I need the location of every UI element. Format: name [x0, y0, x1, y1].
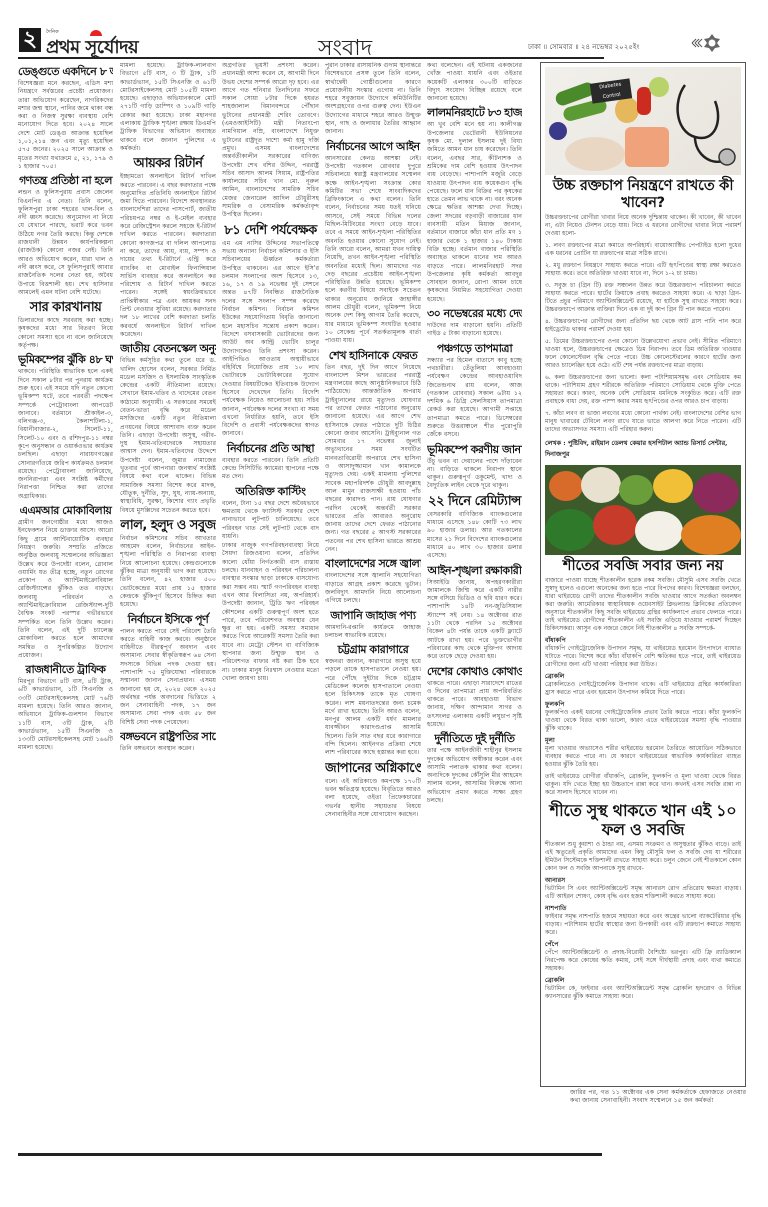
tip-item: ৭. কাঁচা লবণ বা ভাজা লবণের মধ্যে কোনো পা…: [545, 410, 741, 434]
headline: দুর্নীতিতে দুই দুর্নীতি: [427, 732, 522, 745]
headline: নির্বাচনে ইসিকে পূর্ণ: [120, 613, 216, 626]
section-text: ফুলকপিও একই ধরনের গোইট্রোজেনিক প্রভাব তৈ…: [545, 709, 741, 733]
headline: আইন-শৃঙ্খলা রক্ষাকারী: [427, 564, 522, 577]
headline: জাপানের অগ্নিকাণ্ডে: [325, 761, 421, 776]
headline: সার কারখানায়: [18, 300, 113, 315]
bottom-rule: [18, 1153, 602, 1156]
article-intro: শীতকাল শুধু কুয়াশা ও ঠান্ডা নয়, এসময় …: [545, 841, 741, 873]
article-text: থাকবে। পরিস্থিতি স্বাভাবিক হলে একই দিনে …: [18, 368, 113, 501]
tip-item: ৫. ডিমের উচ্চরক্তচাপের ওপর কোনো উল্লেখযো…: [545, 338, 741, 370]
article-text: তিন বছর, দুই দিন আগে নিয়েছে বাংলাদেশ মি…: [325, 364, 421, 555]
headline: নির্বাচনের প্রতি আস্থা: [222, 442, 319, 455]
article-text: গ্রামীণ জনগোষ্ঠীর মধ্যে আজও ইনফেকশন নিয়…: [18, 519, 113, 660]
headline: পঞ্চগড়ে তাপমাত্রা: [427, 342, 522, 355]
headline: জাতীয় বেতনস্কেল অনুযায়ী: [120, 342, 216, 355]
section-text: বাঁধাকপি গোইট্রোজেনিক উপাদান সমৃদ্ধ, যা …: [545, 645, 741, 669]
page-number: ২: [19, 28, 41, 52]
article-text: পুরান ঢাকার রাসায়নিক গুদাম স্থানান্তরে …: [325, 62, 421, 137]
headline: ৩০ নভেম্বরের মধ্যে দেড়: [427, 307, 522, 320]
sun-logo-icon: [90, 30, 102, 36]
article-body-bp: উচ্চরক্তচাপের রোগীরা খাবার নিয়ে অনেক দু…: [545, 214, 741, 434]
section-text: ফাইবার সমৃদ্ধ নাশপাতি হজমে সহায়তা করে এ…: [545, 913, 741, 937]
article-body-winter-veg: বাজারে পাওয়া যাচ্ছে শীতকালীন হরেক রকম স…: [545, 577, 741, 797]
column-2: মামলা হয়েছে। ট্রাফিক-লালবাগ বিভাগে ৫টি …: [120, 62, 216, 1152]
closing-text: তাই থাইরয়েড রোগীরা বাঁধাকপি, ব্রোকলি, ফ…: [545, 773, 741, 797]
subhead: আনারস: [545, 877, 741, 885]
article-text: এম এম নাসির উদ্দিনের সভাপতিত্বে সভায় অন…: [222, 240, 319, 439]
tip-item: ২. মধু রক্তচাপ নিয়ন্ত্রণে সাহায্য করতে …: [545, 262, 741, 278]
dateline: ঢাকা ॥ সোমবার ॥ ২৪ নভেম্বর ২০২৫ইং: [528, 41, 639, 53]
subhead: পেঁপে: [545, 941, 741, 949]
headline: ভূমিকম্পের ঝুঁকি ৪৮ ঘণ্টার: [18, 353, 113, 366]
headline: ডেঙ্গুতে একদিনে ৮ জনের: [18, 65, 113, 78]
byline: লেখক : পুষ্টিবিদ, রাইয়ান ডেলথ কেয়ার হস…: [545, 438, 741, 460]
section-text: পেঁপে অ্যান্টিঅক্সিডেন্ট ও প্রদাহ-বিরোধী…: [545, 949, 741, 973]
article-text: নির্বাচন কমিশনের সচিব আখতার আহমেদ বলেন, …: [120, 535, 216, 610]
headline: লালমনিরহাটে ৮৩ হাজার: [427, 106, 522, 119]
headline: বাংলাদেশের সঙ্গে জ্বালানি: [325, 557, 421, 570]
article-headline-bp: উচ্চ রক্তচাপ নিয়ন্ত্রণে রাখতে কী খাবেন?: [545, 178, 741, 212]
article-text: বলেন, টানা ১৫ বছর দেশে অবৈধভাবে ক্ষমতায়…: [222, 500, 319, 541]
headline: এএমআর মোকাবিলায়: [18, 504, 113, 517]
article-text: পালন করতে পারে সেই পরিবেশ তৈরি করতে বাহি…: [120, 628, 216, 728]
headline: নির্বাচনের আগে আইন: [325, 140, 421, 153]
article-text: তিনি বঙ্গভবনে অবস্থান করেন।: [120, 745, 216, 753]
article-text: বলে। এই অগ্নিকাণ্ডে কমপক্ষে ১৭০টি ভবন ক্…: [325, 778, 421, 819]
subhead: মূলা: [545, 737, 741, 745]
article-text: ইচ্ছামতো অনলাইনে রিটার্ন দাখিল করতে পারব…: [120, 173, 216, 339]
article-text: আমদানি-রপ্তানি কার্যক্রমে জাহাজ চলাচল স্…: [325, 624, 421, 641]
headline: রাজধানীতে ট্রাফিক: [18, 663, 113, 676]
article-headline-fruits: শীতে সুস্থ থাকতে খান এই ১০ ফল ও সবজি: [545, 801, 741, 839]
headline: বঙ্গভবনে রাষ্ট্রপতির সাথে: [120, 730, 216, 743]
headline: অতিরিক্ত কাস্টিং: [222, 485, 319, 498]
subhead: ব্রোকলি: [545, 673, 741, 681]
article-text: থাকতে পারে। এছাড়া সারাদেশে রাতের ও দিনে…: [427, 680, 522, 730]
top-rule: [18, 57, 604, 59]
article-text: ব্যবহার করতে পারবেন। তিনি প্রতিটি কেন্দ্…: [222, 457, 319, 482]
section-text: ভিটামিন কে, ফাইবার এবং অ্যান্টিঅক্সিডেন্…: [545, 985, 741, 1001]
winter-vegetables-photo: [545, 465, 741, 555]
article-text: আনসারের কেনড আশঙ্কা নেই। উপদেষ্টা গতকাল …: [325, 155, 421, 346]
tip-item: ৩. সবুজ চা (গ্রিন টি) রক্ত সঞ্চালন উন্নত…: [545, 282, 741, 314]
tip-item: ৪. উচ্চরক্তচাপের রোগীদের জন্য প্রতিদিন ছ…: [545, 318, 741, 334]
article-text: ঢাকার নাজুক গণপরিবহনব্যবস্থা নিয়ে সৈয়দ…: [222, 542, 319, 683]
section-text: ব্রোকলিতেও গোইট্রোজেনিক উপাদান থাকে। এটি…: [545, 681, 741, 697]
tip-item: ১. লবণ রক্তচাপের মাত্রা কমাতে অপরিহার্য।…: [545, 242, 741, 258]
newspaper-name: প্রথম সূর্যোদয়: [46, 37, 138, 58]
article-text: বেসরকারি বাণিজ্যিক ব্যাংকগুলোর মাধ্যমে এ…: [427, 511, 522, 561]
continued-text: জারির পর, গত ১১ অক্টোবর এক সেনা কর্মকর্ত…: [570, 1089, 746, 1106]
column-1: ডেঙ্গুতে একদিনে ৮ জনের বিশেষজ্ঞরা মনে কর…: [18, 62, 113, 1152]
headline: ২২ দিনে রেমিট্যান্স: [427, 494, 522, 509]
article-body-fruits: শীতকাল শুধু কুয়াশা ও ঠান্ডা নয়, এসময় …: [545, 841, 741, 1001]
column-3: অগ্রগতির ভূয়সী প্রশংসা করেন। প্রধানমন্ত…: [222, 62, 319, 1152]
masthead: ২ দৈনিক প্রথম সূর্যোদয় সংবাদ ঢাকা ॥ সোম…: [0, 0, 768, 52]
headline: আয়কর রিটার্ন: [120, 156, 216, 171]
section-text: ভিটামিন সি এবং অ্যান্টিঅক্সিডেন্ট সমৃদ্ধ…: [545, 885, 741, 901]
stethoscope-icon: [665, 81, 741, 173]
article-headline-winter-veg: শীতের সবজি সবার জন্য নয়: [545, 558, 741, 575]
ornament-icon: [690, 34, 720, 52]
subhead: নাশপাতি: [545, 905, 741, 913]
article-text: লন্ডন ও ফুলিসপুরায় প্রবাস জেলেন বিএনপির…: [18, 189, 113, 297]
tip-item: ৬. কলা উচ্চরক্তচাপের জন্য ভালো। কলা পটাশ…: [545, 374, 741, 406]
article-text: মিরপুর বিভাগে ৪টি বাস, ৪টি ট্রাক, ৬টি কা…: [18, 678, 113, 753]
subhead: ফুলকপি: [545, 701, 741, 709]
article-intro: উচ্চরক্তচাপের রোগীরা খাবার নিয়ে অনেক দু…: [545, 214, 741, 238]
article-text: বিশেষজ্ঞরা মনে করছেন, এডিস মশা নিয়ন্ত্র…: [18, 80, 113, 171]
column-4: পুরান ঢাকার রাসায়নিক গুদাম স্থানান্তরে …: [325, 62, 421, 1152]
article-intro: বাজারে পাওয়া যাচ্ছে শীতকালীন হরেক রকম স…: [545, 577, 741, 633]
article-text: আ খুব বেশি মনে হয় না। কালীগঞ্জ উপজেলার …: [427, 121, 522, 304]
article-text: কথা বলেছেন। এই ঘটনায় একজনের খোঁজ পাওয়া…: [427, 62, 522, 103]
article-text: সন্ধ্যার পর হিমেল বাতাসে কাবু হচ্ছে পথচা…: [427, 357, 522, 440]
headline: দেশের কোথাও কোথাও: [427, 665, 522, 678]
article-text: দাউদের দাম বাড়ানো হয়নি। প্রতিটি গাইড ৫…: [427, 322, 522, 339]
headline: ভূমিকম্পে করণীয় জানালো: [427, 443, 522, 456]
subhead: ব্রোকলি: [545, 977, 741, 985]
article-text: উঁচু ভবন বা দেয়ালের পাশে দাঁড়াবেন না। …: [427, 458, 522, 491]
article-text: মামলা হয়েছে। ট্রাফিক-লালবাগ বিভাগে ৫টি …: [120, 62, 216, 153]
section-text: মূলা খাওয়ার অভ্যাসেও শরীর থাইরয়েড হরমো…: [545, 745, 741, 769]
headline: চট্টগ্রাম কারাগারে: [325, 643, 421, 656]
subhead: বাঁধাকপি: [545, 637, 741, 645]
headline: লাল, হলুদ ও সবুজ: [120, 518, 216, 533]
headline: জাপানি জাহাজ পণ্য: [325, 609, 421, 622]
diabetes-food-photo: Diabetes Control: [545, 67, 741, 175]
article-text: বিভিন্ন কর্মসূচির কথা তুলে ধরে ড. খালিদ …: [120, 357, 216, 515]
article-text: স্বজনরা জানান, কারাগারে অসুস্থ হয়ে পড়ল…: [325, 658, 421, 758]
headline: গণতন্ত্র প্রতিষ্ঠা না হলে: [18, 174, 113, 187]
column-5: কথা বলেছেন। এই ঘটনায় একজনের খোঁজ পাওয়া…: [427, 62, 522, 1152]
article-text: অগ্রগতির ভূয়সী প্রশংসা করেন। প্রধানমন্ত…: [222, 62, 319, 220]
headline: ৮১ দেশি পর্যবেক্ষক: [222, 223, 319, 238]
newspaper-logo: প্রথম সূর্যোদয়: [46, 33, 138, 64]
headline: শেখ হাসিনাকে ফেরত: [325, 349, 421, 362]
article-text: সিআইডি জানায়, অপহরণকারীরা জামালকে জিম্ম…: [427, 579, 522, 662]
health-feature-box: Diabetes Control উচ্চ রক্তচাপ নিয়ন্ত্রণ…: [540, 62, 746, 1087]
article-text: ডিলারদের কাছে সরবরাহ করা হচ্ছে। কৃষকদের …: [18, 317, 113, 350]
article-text: তার পক্ষে আইনজীবী শাহীনুর ইসলাম দুদকের অ…: [427, 747, 522, 805]
article-text: বাংলাদেশের সঙ্গে জ্বালানি সহযোগিতা বাড়া…: [325, 572, 421, 605]
